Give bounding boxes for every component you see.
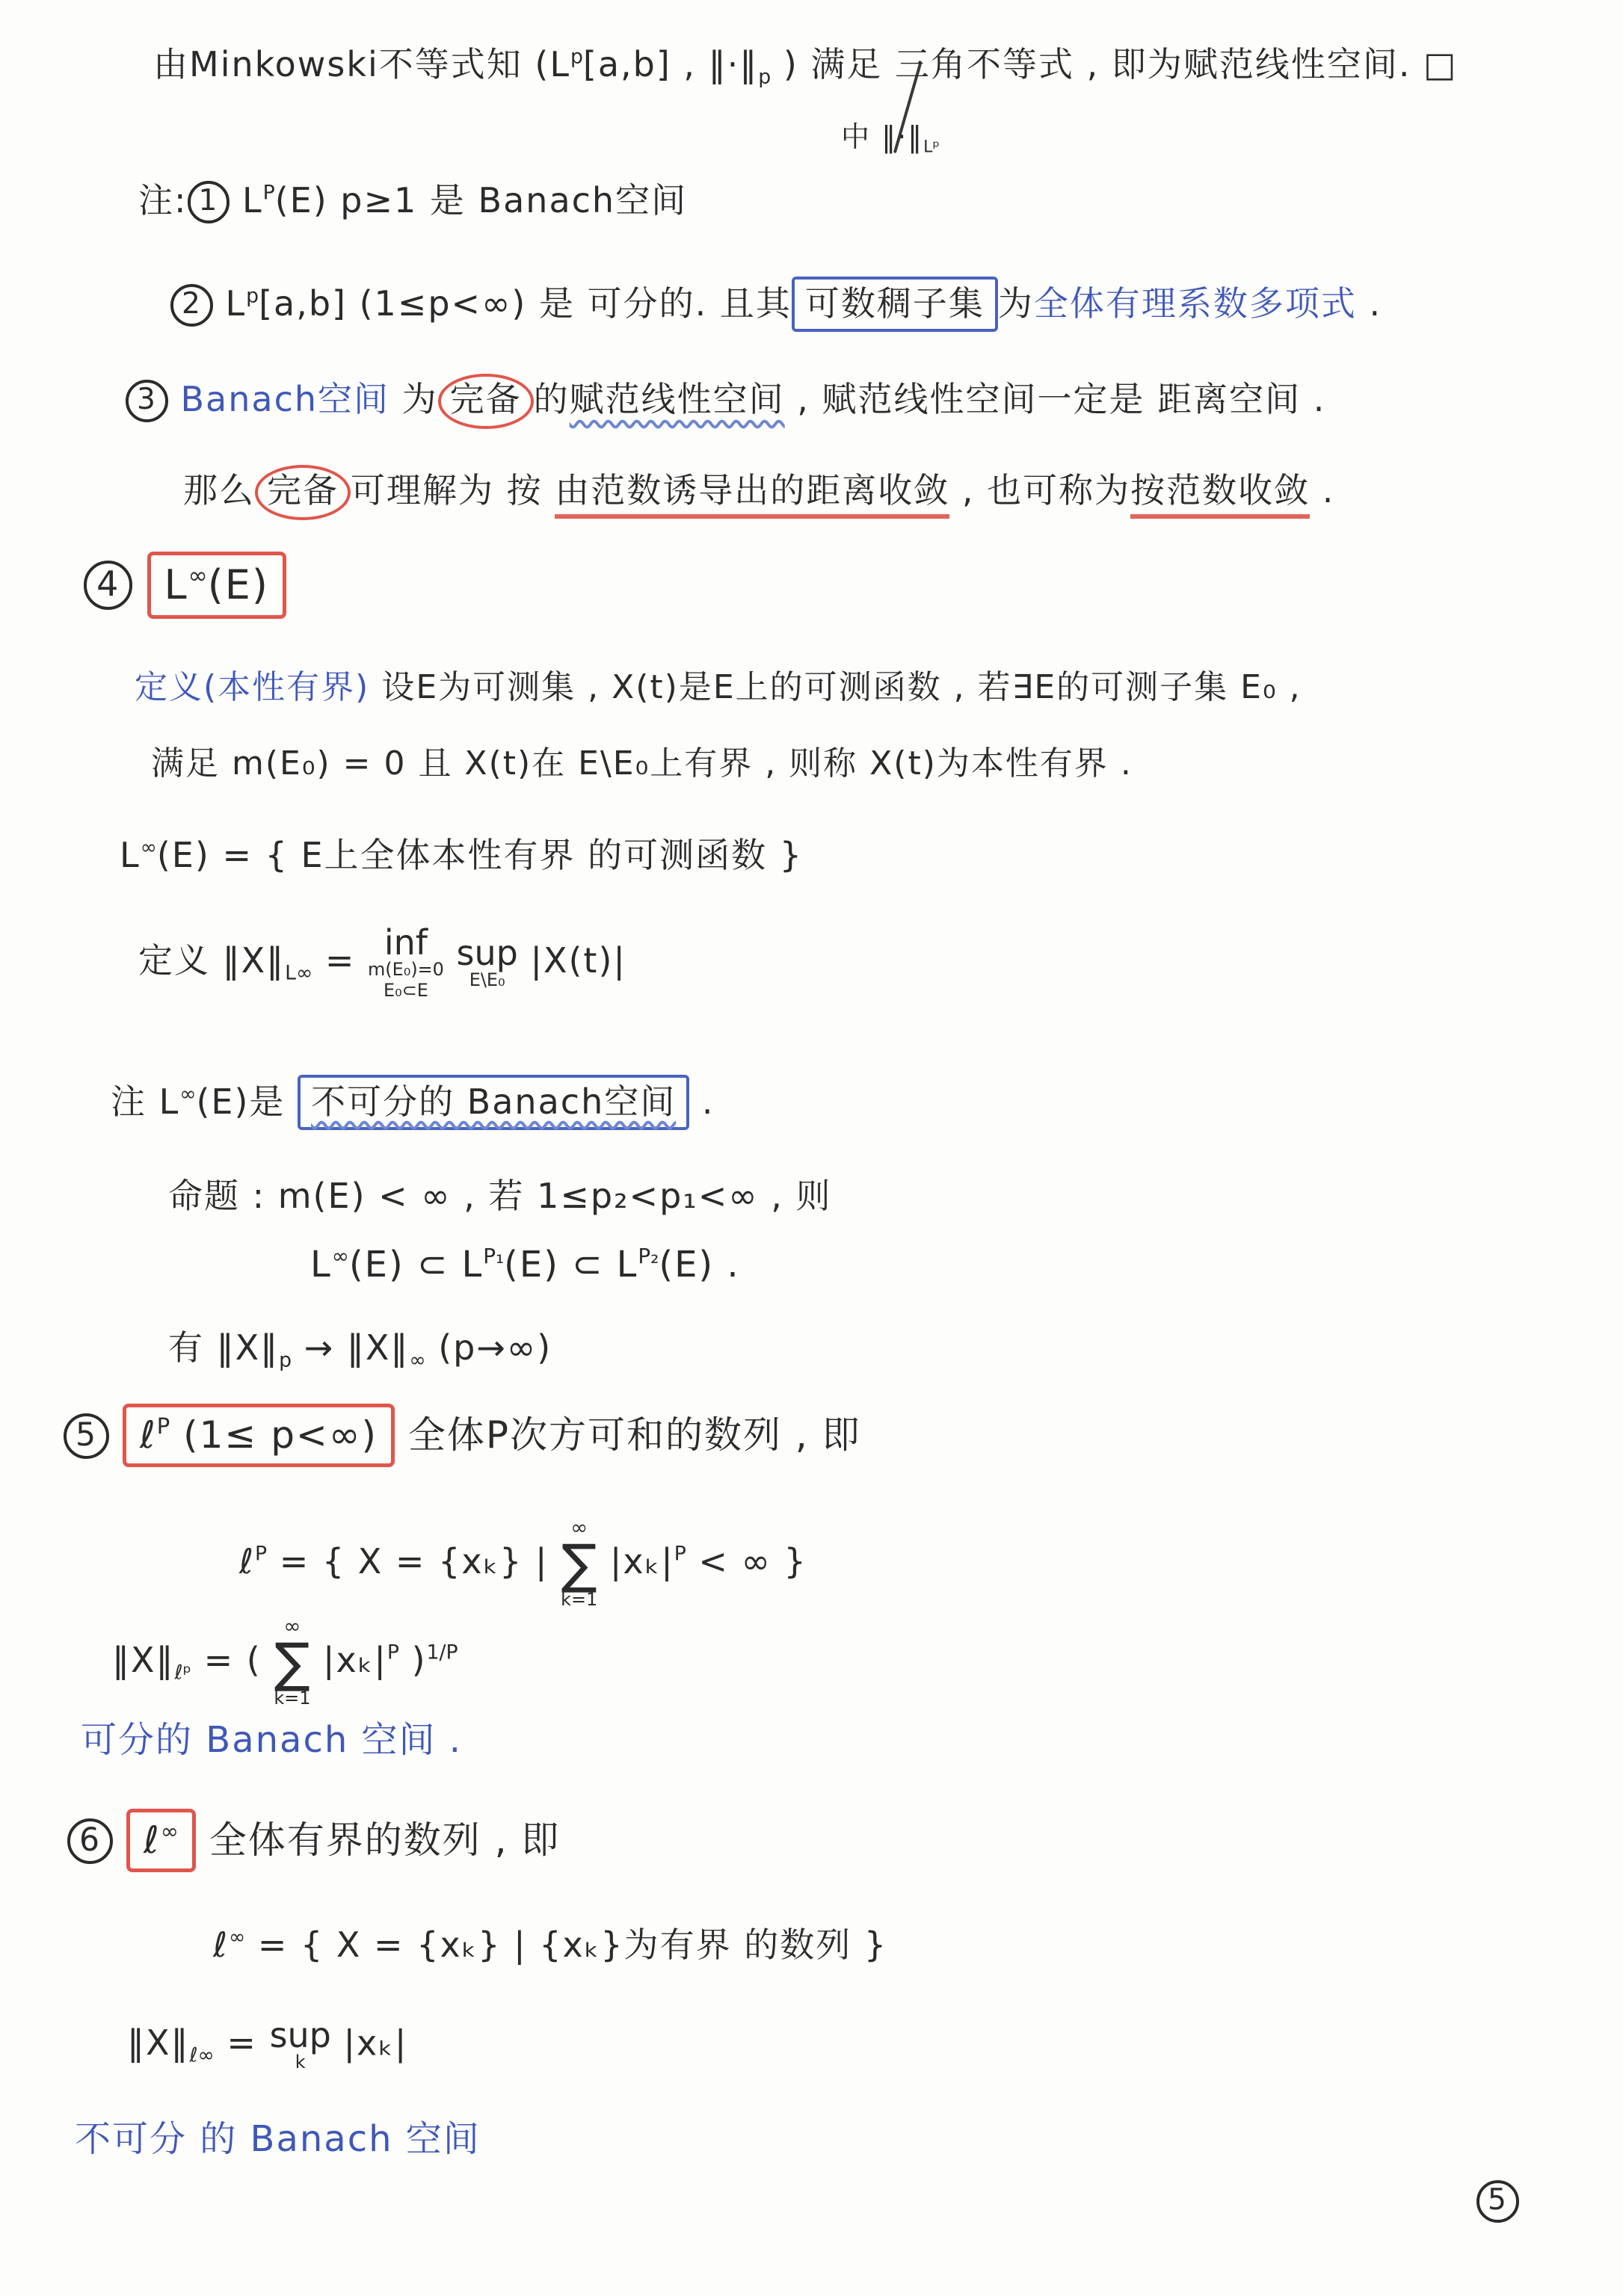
text-segment: L∞(E) = { E上全体本性有界 的可测函数 } — [120, 835, 803, 875]
text-segment: , 也可称为 — [949, 470, 1130, 510]
text-segment: 全体有理系数多项式 — [1034, 283, 1357, 324]
text-segment: 那么 — [183, 470, 255, 510]
stack-operator: sup — [270, 2018, 331, 2052]
sum-k-1-to-inf: ∞∑k=1 — [274, 1616, 310, 1709]
linf-set-def: L∞(E) = { E上全体本性有界 的可测函数 } — [120, 834, 803, 877]
text-segment: |xₖ|P )1/P — [310, 1640, 458, 1680]
text-segment: 可分的 Banach 空间 . — [81, 1719, 462, 1761]
text-segment: |xₖ| — [331, 2022, 407, 2063]
text-segment: 可数稠子集 — [792, 277, 998, 332]
text-segment: L∞(E) — [147, 552, 286, 619]
page-number-line: 5 — [1476, 2179, 1519, 2223]
stack-lower-limit: k — [295, 2052, 306, 2073]
remark-3-cont: 那么完备可理解为 按 由范数诱导出的距离收敛 , 也可称为按范数收敛 . — [183, 465, 1334, 520]
item-number-5: 5 — [64, 1413, 109, 1459]
item-6-heading: 6 ℓ∞ 全体有界的数列 , 即 — [67, 1809, 560, 1872]
item-number-1: 1 — [188, 181, 230, 223]
norm-limit: 有 ‖X‖p → ‖X‖∞ (p→∞) — [168, 1327, 552, 1373]
text-segment — [132, 561, 147, 608]
stack-operator: ∑ — [274, 1638, 310, 1688]
sup-over-k: supk — [270, 2018, 331, 2073]
text-segment: ‖X‖ℓᵖ = ( — [112, 1640, 274, 1680]
text-segment: 不可分的 Banach空间 — [298, 1075, 689, 1130]
text-segment: ℓP (1≤ p<∞) — [123, 1404, 395, 1467]
text-segment: 中 ‖·‖Lᵖ — [841, 120, 940, 153]
sup-with-domain: supE\E₀ — [457, 936, 518, 991]
text-segment: . — [1357, 283, 1382, 324]
item-5-heading: 5 ℓP (1≤ p<∞) 全体P次方可和的数列 , 即 — [64, 1404, 861, 1467]
inclusion-chain: L∞(E) ⊂ LP₁(E) ⊂ LP₂(E) . — [310, 1242, 740, 1287]
text-segment: ℓP = { X = {xₖ} | — [239, 1541, 561, 1581]
text-segment: Banach空间 — [181, 379, 390, 419]
text-segment: ‖X‖ℓ∞ = — [127, 2022, 270, 2063]
text-segment: 为 — [998, 283, 1034, 324]
notes-page: 由Minkowski不等式知 (Lp[a,b] , ‖·‖p ) 满足 三角不等… — [0, 0, 1623, 2296]
text-segment: 赋范线性空间 — [570, 379, 785, 419]
stack-operator: sup — [457, 936, 518, 970]
lp-set-def: ℓP = { X = {xₖ} | ∞∑k=1 |xₖ|P < ∞ } — [239, 1517, 807, 1610]
text-segment — [109, 1413, 123, 1457]
lp-separable: 可分的 Banach 空间 . — [81, 1718, 462, 1762]
item-4-heading: 4 L∞(E) — [84, 552, 286, 619]
stack-lower-limit: k=1 — [561, 1590, 597, 1611]
text-segment: 为 — [389, 379, 438, 419]
text-segment: 命题 : m(E) < ∞ , 若 1≤p₂<p₁<∞ , 则 — [168, 1176, 831, 1216]
item-number-6: 6 — [67, 1818, 113, 1864]
text-segment: Lp[a,b] (1≤p<∞) 是 可分的. 且其 — [213, 283, 792, 324]
text-segment: |xₖ|P < ∞ } — [597, 1541, 807, 1581]
stack-lower-limit: E\E₀ — [469, 970, 505, 991]
text-segment — [113, 1818, 126, 1862]
text-segment: , 赋范线性空间一定是 距离空间 . — [785, 379, 1326, 419]
item-number-4: 4 — [84, 561, 132, 609]
text-segment: 全体有界的数列 , 即 — [196, 1818, 561, 1862]
ess-bounded-def-1: 定义(本性有界) 设E为可测集 , X(t)是E上的可测函数 , 若∃E的可测子… — [135, 667, 1302, 708]
text-segment: 完备 — [438, 374, 534, 429]
text-segment: 不可分 的 Banach 空间 — [75, 2118, 481, 2160]
text-segment: 有 ‖X‖p → ‖X‖∞ (p→∞) — [168, 1327, 552, 1368]
linf-seq-norm-def: ‖X‖ℓ∞ = supk |xₖ| — [127, 2018, 407, 2073]
text-segment: 按范数收敛 — [1130, 470, 1310, 519]
item-number-2: 2 — [170, 284, 213, 327]
text-segment: 由范数诱导出的距离收敛 — [555, 470, 949, 519]
item-number-3: 3 — [126, 380, 168, 422]
text-segment: 注 L∞(E)是 — [111, 1081, 298, 1122]
linf-norm-def: 定义 ‖X‖L∞ = infm(E₀)=0E₀⊂E supE\E₀ |X(t)| — [138, 925, 626, 1001]
stack-lower-limit: m(E₀)=0 — [368, 960, 444, 981]
norm-annotation: 中 ‖·‖Lᵖ — [841, 120, 940, 158]
proposition: 命题 : m(E) < ∞ , 若 1≤p₂<p₁<∞ , 则 — [168, 1175, 831, 1218]
text-segment: LP(E) p≥1 是 Banach空间 — [230, 180, 687, 220]
minkowski-conclusion: 由Minkowski不等式知 (Lp[a,b] , ‖·‖p ) 满足 三角不等… — [153, 43, 1458, 90]
text-segment: 完备 — [255, 465, 351, 520]
inf-with-constraints: infm(E₀)=0E₀⊂E — [368, 925, 444, 1001]
lp-norm-def: ‖X‖ℓᵖ = ( ∞∑k=1 |xₖ|P )1/P — [112, 1616, 458, 1709]
text-segment: L∞(E) ⊂ LP₁(E) ⊂ LP₂(E) . — [310, 1244, 740, 1286]
linf-nonseparable: 不可分 的 Banach 空间 — [75, 2117, 481, 2161]
stack-lower-limit: E₀⊂E — [384, 981, 428, 1002]
text-segment: . — [1310, 470, 1334, 510]
text-segment: 可理解为 按 — [351, 470, 555, 510]
text-segment: ℓ∞ = { X = {xₖ} | {xₖ}为有界 的数列 } — [213, 1925, 887, 1965]
text-segment: 定义 ‖X‖L∞ = — [138, 940, 368, 981]
text-segment: |X(t)| — [518, 940, 626, 981]
page-number: 5 — [1476, 2180, 1519, 2223]
remark-2: 2 Lp[a,b] (1≤p<∞) 是 可分的. 且其可数稠子集为全体有理系数多… — [170, 277, 1382, 332]
text-segment: 注: — [138, 180, 188, 220]
sum-k-1-to-inf: ∞∑k=1 — [561, 1517, 597, 1610]
remark-1: 注:1 LP(E) p≥1 是 Banach空间 — [138, 179, 687, 223]
text-segment — [444, 940, 457, 981]
text-segment: ℓ∞ — [126, 1809, 196, 1872]
text-segment — [168, 379, 181, 419]
linf-remark: 注 L∞(E)是 不可分的 Banach空间 . — [111, 1075, 714, 1130]
ess-bounded-def-2: 满足 m(E₀) = 0 且 X(t)在 E\E₀上有界 , 则称 X(t)为本… — [151, 743, 1133, 784]
text-segment: 由Minkowski不等式知 (Lp[a,b] , ‖·‖p ) 满足 三角不等… — [153, 44, 1458, 84]
stack-operator: inf — [384, 925, 428, 960]
text-segment: 设E为可测集 , X(t)是E上的可测函数 , 若∃E的可测子集 E₀ , — [369, 668, 1301, 706]
text-segment: 定义(本性有界) — [135, 668, 369, 706]
remark-3: 3 Banach空间 为完备的赋范线性空间 , 赋范线性空间一定是 距离空间 . — [126, 374, 1325, 429]
linf-seq-set-def: ℓ∞ = { X = {xₖ} | {xₖ}为有界 的数列 } — [213, 1924, 887, 1967]
text-segment: 的 — [534, 379, 570, 419]
stack-lower-limit: k=1 — [274, 1688, 310, 1709]
text-segment: . — [689, 1081, 714, 1122]
text-segment: 满足 m(E₀) = 0 且 X(t)在 E\E₀上有界 , 则称 X(t)为本… — [151, 744, 1133, 783]
stack-operator: ∑ — [561, 1539, 597, 1590]
text-segment: 全体P次方可和的数列 , 即 — [395, 1413, 861, 1457]
